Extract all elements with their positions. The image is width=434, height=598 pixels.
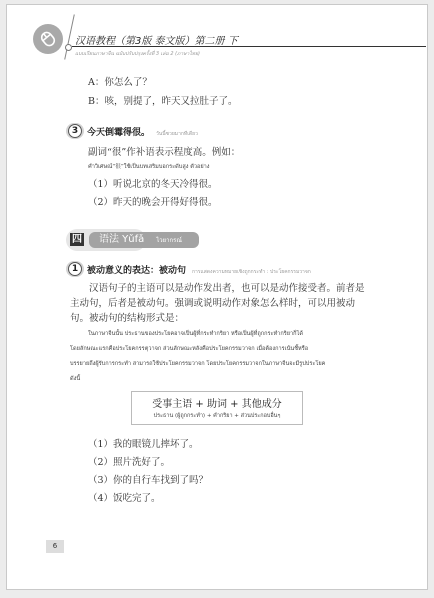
point-3-number: 3 bbox=[68, 124, 82, 138]
dialogue-line-b: B：咳，别提了，昨天又拉肚子了。 bbox=[88, 93, 237, 107]
dialogue-line-a: A：你怎么了？ bbox=[88, 74, 152, 88]
point-1-example-1: （1）我的眼镜儿摔坏了。 bbox=[88, 436, 199, 450]
point-1-number: 1 bbox=[68, 262, 82, 276]
point-3-heading: 今天倒霉得很。วันนี้ซวยมากทีเดียว bbox=[87, 125, 198, 138]
point-3-example-1: （1）听说北京的冬天冷得很。 bbox=[88, 176, 218, 190]
point-1-title: 被动意义的表达：被动句 bbox=[87, 266, 186, 276]
book-subtitle: แบบเรียนภาษาจีน ฉบับปรับปรุงครั้งที่ 3 เ… bbox=[75, 50, 200, 58]
formula-thai: ประธาน (ผู้ถูกกระทำ) + คำกริยา + ส่วนประ… bbox=[132, 412, 302, 420]
point-1-heading: 被动意义的表达：被动句การแสดงความหมายเชิงถูกกระทำ :… bbox=[87, 263, 311, 276]
section-title-thai: ไวยากรณ์ bbox=[156, 237, 182, 244]
section-title-pill: 语法 Yǔfǎไวยากรณ์ bbox=[89, 232, 199, 248]
point-1-thai-line-1: ในภาษาจีนนั้น ประธานของประโยคอาจเป็นผู้ท… bbox=[88, 330, 303, 338]
point-1-thai-line-3: บรรยายถึงผู้รับการกระทำ สามารถใช้ประโยคก… bbox=[70, 360, 325, 368]
point-1-thai-line-2: โดยลักษณะแรกคือประโยคกรรตุวาจก ส่วนลักษณ… bbox=[70, 345, 308, 353]
point-1-thai-line-4: ดังนี้ bbox=[70, 375, 80, 383]
page-number: 6 bbox=[46, 540, 64, 553]
point-3-title: 今天倒霉得很。 bbox=[87, 128, 150, 138]
point-1-title-thai: การแสดงความหมายเชิงถูกกระทำ : ประโยคกรรม… bbox=[192, 269, 311, 275]
section-number-badge: 四 bbox=[70, 233, 84, 246]
formula-cn: 受事主语 + 助词 + 其他成分 bbox=[132, 395, 302, 410]
point-3-title-thai: วันนี้ซวยมากทีเดียว bbox=[156, 131, 198, 137]
point-3-explain-cn: 副词“很”作补语表示程度高。例如： bbox=[88, 144, 240, 158]
book-title: 汉语教程（第3版 泰文版）第二册 下 bbox=[75, 32, 238, 47]
point-3-explain-thai: คำวิเศษณ์“很”ใช้เป็นบทเสริมบอกระดับสูง ตั… bbox=[88, 162, 210, 171]
section-title: 语法 Yǔfǎ bbox=[99, 234, 144, 245]
header-rule bbox=[72, 46, 426, 47]
header-divider-dot bbox=[65, 44, 72, 51]
point-1-paragraph-cn: 汉语句子的主语可以是动作发出者，也可以是动作接受者。前者是主动句，后者是被动句。… bbox=[70, 281, 370, 326]
point-1-example-2: （2）照片洗好了。 bbox=[88, 454, 170, 468]
point-1-example-3: （3）你的自行车找到了吗？ bbox=[88, 472, 208, 486]
mouse-icon bbox=[33, 24, 63, 54]
point-3-example-2: （2）昨天的晚会开得好得很。 bbox=[88, 194, 218, 208]
point-1-example-4: （4）饭吃完了。 bbox=[88, 490, 161, 504]
formula-box: 受事主语 + 助词 + 其他成分 ประธาน (ผู้ถูกกระทำ) + … bbox=[131, 391, 303, 425]
